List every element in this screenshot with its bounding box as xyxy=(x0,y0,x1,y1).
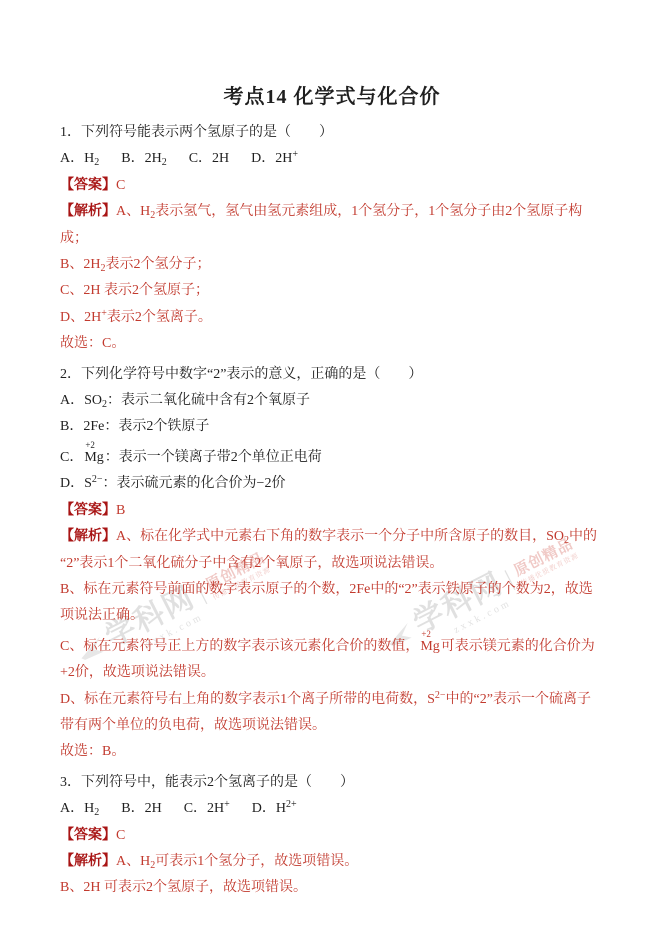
answer-tag: 【答案】 xyxy=(60,178,116,193)
subscript: 2 xyxy=(100,263,105,274)
option: A．H2 xyxy=(60,801,99,816)
analysis-tag: 【解析】 xyxy=(60,854,116,869)
answer-value: C xyxy=(116,828,125,843)
subscript: 2 xyxy=(94,157,99,168)
analysis-line: B、标在元素符号前面的数字表示原子的个数，2Fe中的“2”表示铁原子的个数为2，… xyxy=(60,577,604,630)
superscript: + xyxy=(292,149,298,160)
question-block-q2: 2．下列化学符号中数字“2”表示的意义，正确的是（ ）A．SO2：表示二氧化硫中… xyxy=(60,362,604,766)
subscript: 2 xyxy=(162,157,167,168)
valence-number: +2 xyxy=(84,441,103,450)
superscript: 2− xyxy=(435,690,446,701)
superscript: 2+ xyxy=(286,799,297,810)
analysis-line: 【解析】A、标在化学式中元素右下角的数字表示一个分子中所含原子的数目，SO2中的… xyxy=(60,524,604,577)
analysis-line: D、标在元素符号右上角的数字表示1个离子所带的电荷数，S2−中的“2”表示一个硫… xyxy=(60,687,604,740)
superscript: + xyxy=(101,308,107,319)
answer-line: 【答案】C xyxy=(60,823,604,849)
valence-stack: +2Mg xyxy=(83,441,104,466)
option: B．2H2 xyxy=(121,151,166,166)
questions: 1．下列符号能表示两个氢原子的是（ ）A．H2B．2H2C．2HD．2H+【答案… xyxy=(60,120,604,902)
superscript: + xyxy=(224,799,230,810)
question-stem: 2．下列化学符号中数字“2”表示的意义，正确的是（ ） xyxy=(60,362,604,388)
option: C．2H xyxy=(189,151,229,166)
option: B．2Fe：表示2个铁原子 xyxy=(60,414,604,440)
answer-value: C xyxy=(116,178,125,193)
options-row: A．H2B．2HC．2H+D．H2+ xyxy=(60,796,604,822)
subscript: 2 xyxy=(94,807,99,818)
question-stem: 3．下列符号中，能表示2个氢离子的是（ ） xyxy=(60,770,604,796)
answer-tag: 【答案】 xyxy=(60,503,116,518)
answer-line: 【答案】C xyxy=(60,173,604,199)
analysis-line: 【解析】A、H2表示氢气，氢气由氢元素组成，1个氢分子，1个氢分子由2个氢原子构… xyxy=(60,199,604,252)
element-symbol: Mg xyxy=(84,450,103,466)
option: B．2H xyxy=(121,801,161,816)
option: D．2H+ xyxy=(251,151,298,166)
answer-tag: 【答案】 xyxy=(60,828,116,843)
option: A．SO2：表示二氧化硫中含有2个氧原子 xyxy=(60,388,604,414)
subscript: 2 xyxy=(102,399,107,410)
option: C．+2Mg：表示一个镁离子带2个单位正电荷 xyxy=(60,441,604,471)
superscript: 2− xyxy=(92,474,103,485)
page-title: 考点14 化学式与化合价 xyxy=(60,84,604,110)
analysis-line: B、2H 可表示2个氢原子，故选项错误。 xyxy=(60,875,604,901)
document-page: 考点14 化学式与化合价 1．下列符号能表示两个氢原子的是（ ）A．H2B．2H… xyxy=(0,0,661,935)
option: A．H2 xyxy=(60,151,99,166)
analysis-line: C、2H 表示2个氢原子； xyxy=(60,278,604,304)
valence-stack: +2Mg xyxy=(419,630,440,655)
options-row: A．H2B．2H2C．2HD．2H+ xyxy=(60,146,604,172)
analysis-line: C、标在元素符号正上方的数字表示该元素化合价的数值，+2Mg可表示镁元素的化合价… xyxy=(60,630,604,687)
option: D．H2+ xyxy=(252,801,297,816)
option: D．S2−：表示硫元素的化合价为−2价 xyxy=(60,471,604,497)
answer-value: B xyxy=(116,503,125,518)
question-stem: 1．下列符号能表示两个氢原子的是（ ） xyxy=(60,120,604,146)
analysis-line: B、2H2表示2个氢分子； xyxy=(60,252,604,278)
analysis-line: 故选：C。 xyxy=(60,331,604,357)
answer-line: 【答案】B xyxy=(60,498,604,524)
question-block-q3: 3．下列符号中，能表示2个氢离子的是（ ）A．H2B．2HC．2H+D．H2+【… xyxy=(60,770,604,902)
analysis-line: 故选：B。 xyxy=(60,739,604,765)
analysis-line: 【解析】A、H2可表示1个氢分子，故选项错误。 xyxy=(60,849,604,875)
subscript: 2 xyxy=(564,535,569,546)
subscript: 2 xyxy=(150,860,155,871)
valence-number: +2 xyxy=(420,630,439,639)
option: C．2H+ xyxy=(184,801,230,816)
analysis-line: D、2H+表示2个氢离子。 xyxy=(60,305,604,331)
element-symbol: Mg xyxy=(420,639,439,655)
analysis-tag: 【解析】 xyxy=(60,204,116,219)
question-block-q1: 1．下列符号能表示两个氢原子的是（ ）A．H2B．2H2C．2HD．2H+【答案… xyxy=(60,120,604,358)
analysis-tag: 【解析】 xyxy=(60,529,116,544)
subscript: 2 xyxy=(150,210,155,221)
